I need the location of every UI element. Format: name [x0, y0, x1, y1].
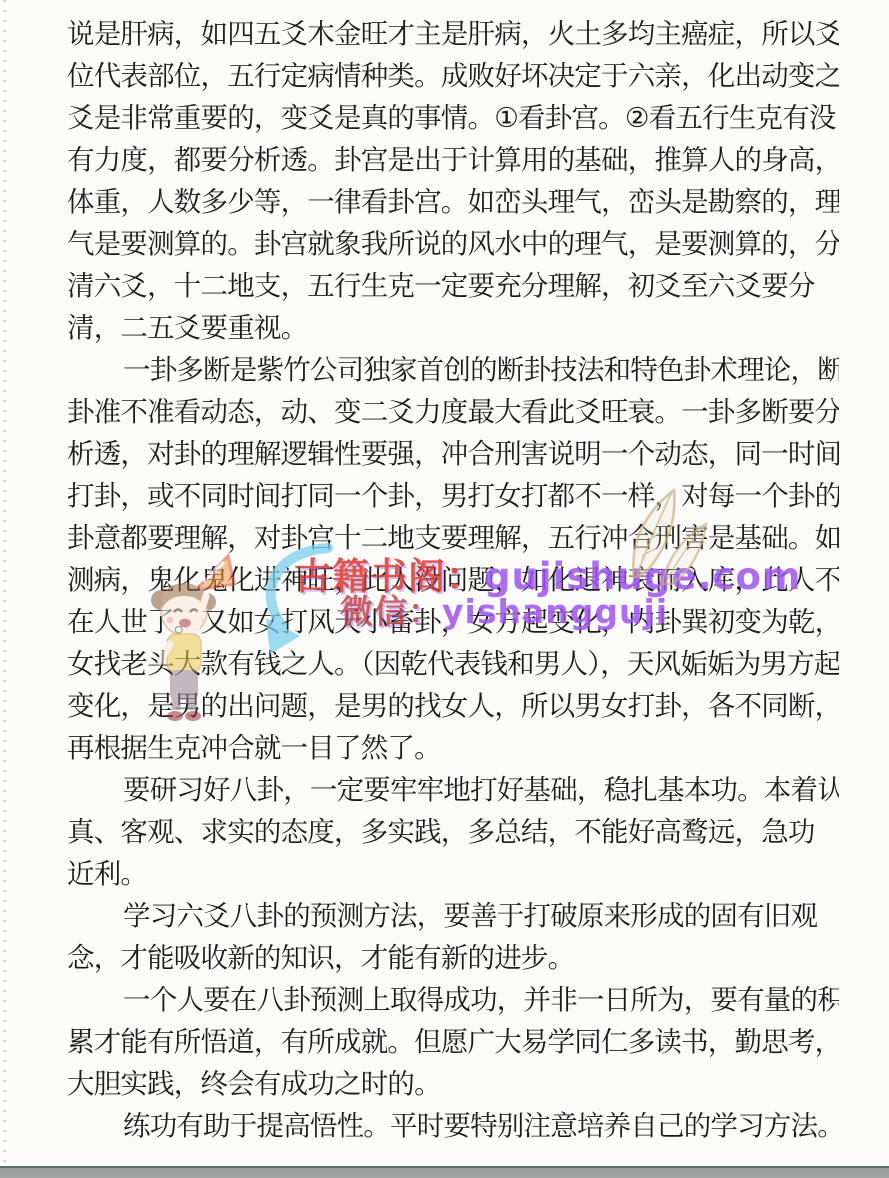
- scan-edge-dots: [3, 0, 6, 1178]
- scan-edge-bar: [0, 1166, 889, 1178]
- text-line: 念，才能吸收新的知识，才能有新的进步。: [67, 937, 839, 979]
- text-line: 近利。: [67, 853, 839, 895]
- text-line: 位代表部位，五行定病情种类。成败好坏决定于六亲，化出动变之: [67, 55, 839, 97]
- text-line: 练功有助于提高悟性。平时要特别注意培养自己的学习方法。: [67, 1105, 839, 1147]
- text-line: 说是肝病，如四五爻木金旺才主是肝病，火土多均主癌症，所以爻: [67, 13, 839, 55]
- text-line: 析透，对卦的理解逻辑性要强，冲合刑害说明一个动态，同一时间: [67, 433, 839, 475]
- text-line: 清六爻，十二地支，五行生克一定要充分理解，初爻至六爻要分: [67, 265, 839, 307]
- body-text: 说是肝病，如四五爻木金旺才主是肝病，火土多均主癌症，所以爻 位代表部位，五行定病…: [67, 13, 839, 1147]
- text-line: 在人世了。又如女打风天小畜卦，女方起变化，内卦巽初变为乾，: [67, 601, 839, 643]
- text-line: 再根据生克冲合就一目了然了。: [67, 727, 839, 769]
- text-line: 打卦，或不同时间打同一个卦，男打女打都不一样，对每一个卦的: [67, 475, 839, 517]
- text-line: 卦意都要理解，对卦宫十二地支要理解，五行冲合刑害是基础。如: [67, 517, 839, 559]
- text-line: 女找老头大款有钱之人。（因乾代表钱和男人），天风姤姤为男方起: [67, 643, 839, 685]
- text-line: 要研习好八卦，一定要牢牢地打好基础，稳扎基本功。本着认: [67, 769, 839, 811]
- text-line: 一卦多断是紫竹公司独家首创的断卦技法和特色卦术理论，断: [67, 349, 839, 391]
- text-line: 爻是非常重要的，变爻是真的事情。①看卦宫。②看五行生克有没: [67, 97, 839, 139]
- text-line: 气是要测算的。卦宫就象我所说的风水中的理气，是要测算的，分: [67, 223, 839, 265]
- text-line: 卦准不准看动态，动、变二爻力度最大看此爻旺衰。一卦多断要分: [67, 391, 839, 433]
- text-line: 学习六爻八卦的预测方法，要善于打破原来形成的固有旧观: [67, 895, 839, 937]
- text-line: 测病，鬼化鬼化进神旺，此人没问题，如化退神衰而入库，此人不: [67, 559, 839, 601]
- text-line: 一个人要在八卦预测上取得成功，并非一日所为，要有量的积: [67, 979, 839, 1021]
- text-line: 真、客观、求实的态度，多实践，多总结，不能好高鹜远，急功: [67, 811, 839, 853]
- text-line: 累才能有所悟道，有所成就。但愿广大易学同仁多读书，勤思考，: [67, 1021, 839, 1063]
- scanned-book-page: 说是肝病，如四五爻木金旺才主是肝病，火土多均主癌症，所以爻 位代表部位，五行定病…: [0, 0, 889, 1178]
- text-line: 大胆实践，终会有成功之时的。: [67, 1063, 839, 1105]
- text-line: 清，二五爻要重视。: [67, 307, 839, 349]
- text-line: 有力度，都要分析透。卦宫是出于计算用的基础，推算人的身高，: [67, 139, 839, 181]
- text-line: 变化，是男的出问题，是男的找女人，所以男女打卦，各不同断，: [67, 685, 839, 727]
- text-line: 体重，人数多少等，一律看卦宫。如峦头理气，峦头是勘察的，理: [67, 181, 839, 223]
